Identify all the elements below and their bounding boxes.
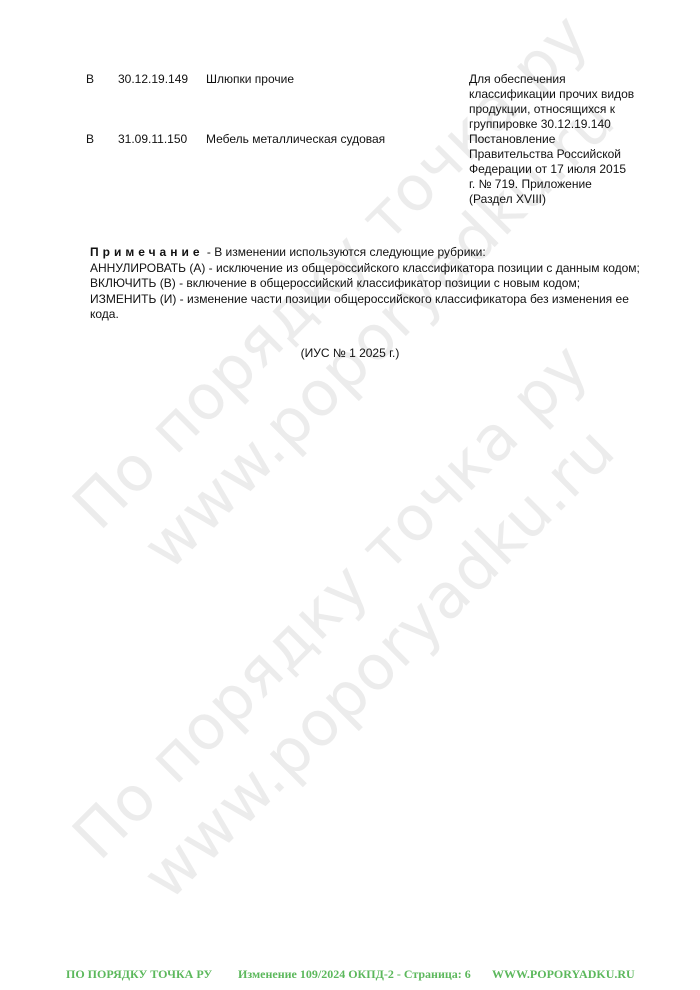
- reason-line: продукции, относящихся к: [469, 102, 649, 117]
- reason-line: группировке 30.12.19.140: [469, 117, 649, 132]
- note-label: Примечание: [90, 245, 204, 259]
- reason: Постановление Правительства Российской Ф…: [469, 132, 649, 207]
- reason-line: Постановление: [469, 132, 649, 147]
- note-line: кода.: [90, 307, 650, 323]
- reason-line: (Раздел XVIII): [469, 192, 649, 207]
- note-line: ВКЛЮЧИТЬ (В) - включение в общероссийски…: [90, 276, 650, 292]
- reason-line: г. № 719. Приложение: [469, 177, 649, 192]
- action-code: В: [86, 72, 94, 87]
- okpd-code: 31.09.11.150: [118, 132, 187, 147]
- watermark-text: По порядку точка ру: [58, 329, 602, 873]
- position-name: Шлюпки прочие: [206, 72, 294, 87]
- action-code: В: [86, 132, 94, 147]
- watermark-url: www.poporyadku.ru: [128, 412, 629, 913]
- position-name: Мебель металлическая судовая: [206, 132, 385, 147]
- reason-line: Федерации от 17 июля 2015: [469, 162, 649, 177]
- okpd-code: 30.12.19.149: [118, 72, 188, 87]
- note-block: Примечание - В изменении используются сл…: [90, 245, 650, 323]
- reason-line: классификации прочих видов: [469, 87, 649, 102]
- note-intro: - В изменении используются следующие руб…: [204, 245, 486, 259]
- reason: Для обеспечения классификации прочих вид…: [469, 72, 649, 132]
- reason-line: Правительства Российской: [469, 147, 649, 162]
- footer-page-info: Изменение 109/2024 ОКПД-2 - Страница: 6: [238, 967, 471, 982]
- reason-line: Для обеспечения: [469, 72, 649, 87]
- footer-site-name: ПО ПОРЯДКУ ТОЧКА РУ: [66, 967, 212, 982]
- ius-reference: (ИУС № 1 2025 г.): [0, 346, 700, 360]
- note-line: ИЗМЕНИТЬ (И) - изменение части позиции о…: [90, 292, 650, 308]
- footer-url[interactable]: WWW.POPORYADKU.RU: [492, 967, 635, 982]
- note-line: АННУЛИРОВАТЬ (А) - исключение из общерос…: [90, 261, 650, 277]
